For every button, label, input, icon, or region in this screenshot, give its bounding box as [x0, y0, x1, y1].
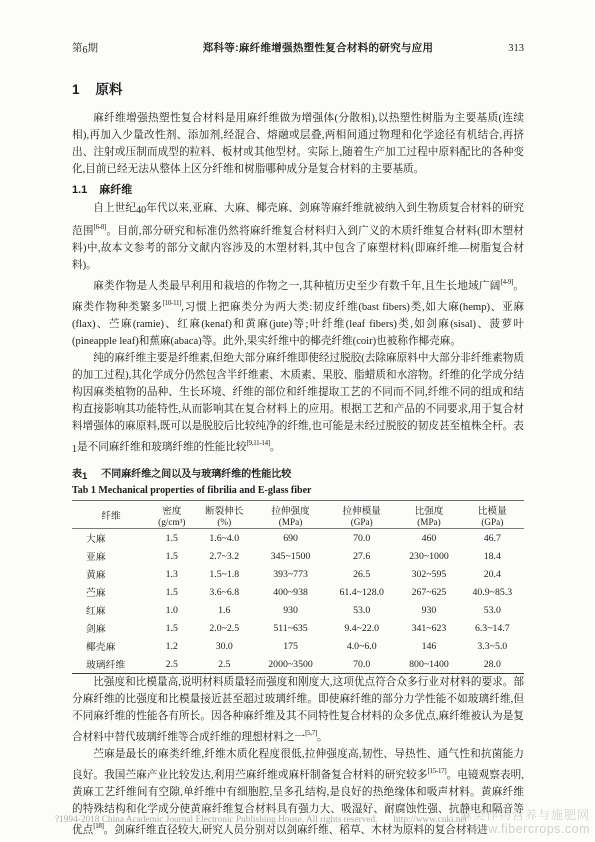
header-label: 比强度	[397, 503, 460, 517]
header-fiber-label: 纤维	[72, 508, 150, 522]
value-cell: 70.0	[326, 529, 397, 548]
fiber-name-cell: 苎麻	[72, 583, 150, 601]
header-label: 比模量	[461, 503, 524, 517]
cnki-url: http://www.cnki.net	[394, 815, 468, 825]
header-cell-tensile-modulus: 拉伸模量 (GPa)	[326, 501, 397, 529]
value-cell: 1.2	[150, 637, 194, 655]
value-cell: 9.4~22.0	[326, 619, 397, 637]
watermark-site-name: 麻类作物营养与施肥网	[460, 809, 590, 823]
citation-superscript: [4-9]	[501, 278, 514, 286]
value-cell: 460	[397, 529, 460, 548]
value-cell: 230~1000	[397, 547, 460, 565]
subsection-number: 1.1	[72, 184, 87, 196]
table-caption-zh: 表1不同麻纤维之间以及与玻璃纤维的性能比较	[72, 465, 524, 482]
value-cell: 2.7~3.2	[194, 547, 255, 565]
header-label: 密度	[150, 503, 194, 517]
value-cell: 1.5~1.8	[194, 565, 255, 583]
header-unit: (MPa)	[397, 517, 460, 527]
value-cell: 1.5	[150, 529, 194, 548]
value-cell: 3.6~6.8	[194, 583, 255, 601]
value-cell: 40.9~85.3	[461, 583, 524, 601]
header-cell-elongation: 断裂伸长 (%)	[194, 501, 255, 529]
table-row: 大麻1.51.6~4.069070.046046.7	[72, 529, 524, 548]
section-heading-1-1: 1.1麻纤维	[72, 181, 524, 197]
value-cell: 53.0	[461, 601, 524, 619]
citation-superscript: [15-17]	[428, 767, 447, 775]
fiber-name-cell: 椰壳麻	[72, 637, 150, 655]
section-heading-1: 1原料	[72, 78, 524, 98]
header-cell-tensile-strength: 拉伸强度 (MPa)	[255, 501, 326, 529]
header-cell-density: 密度 (g/cm³)	[150, 501, 194, 529]
value-cell: 930	[397, 601, 460, 619]
value-cell: 3.3~5.0	[461, 637, 524, 655]
paragraph-fiber-types: 麻类作物是人类最早利用和栽培的作物之一,其种植历史至少有数千年,且生长地域广阔[…	[72, 274, 524, 350]
header-unit: (GPa)	[326, 517, 397, 527]
header-label: 拉伸强度	[255, 503, 326, 517]
fiber-properties-table: 纤维 密度 (g/cm³) 断裂伸长 (%) 拉伸强度 (MPa) 拉伸模量	[72, 500, 524, 674]
value-cell: 511~635	[255, 619, 326, 637]
value-cell: 4.0~6.0	[326, 637, 397, 655]
value-cell: 6.3~14.7	[461, 619, 524, 637]
value-cell: 18.4	[461, 547, 524, 565]
value-cell: 27.6	[326, 547, 397, 565]
fiber-name-cell: 大麻	[72, 529, 150, 548]
subsection-title: 麻纤维	[99, 184, 132, 196]
header-cell-specific-modulus: 比模量 (GPa)	[461, 501, 524, 529]
table-caption-zh-text: 不同麻纤维之间以及与玻璃纤维的性能比较	[101, 469, 291, 480]
paragraph-comparison: 比强度和比模量高,说明材料质量轻而强度和刚度大,这项优点符合众多行业对材料的要求…	[72, 674, 524, 746]
value-cell: 341~623	[397, 619, 460, 637]
value-cell: 20.4	[461, 565, 524, 583]
value-cell: 2.5	[194, 655, 255, 674]
header-unit: (GPa)	[461, 517, 524, 527]
value-cell: 2.5	[150, 655, 194, 674]
site-watermark: 麻类作物营养与施肥网 www.fibercrops.com	[460, 809, 590, 836]
header-label: 拉伸模量	[326, 503, 397, 517]
value-cell: 393~773	[255, 565, 326, 583]
value-cell: 1.5	[150, 547, 194, 565]
table-row: 黄麻1.31.5~1.8393~77326.5302~59520.4	[72, 565, 524, 583]
value-cell: 1.6~4.0	[194, 529, 255, 548]
value-cell: 53.0	[326, 601, 397, 619]
value-cell: 345~1500	[255, 547, 326, 565]
value-cell: 800~1400	[397, 655, 460, 674]
section-number: 1	[72, 82, 80, 97]
issue-number: 第6期	[72, 40, 164, 56]
value-cell: 1.5	[150, 583, 194, 601]
running-header: 第6期 郑科等:麻纤维增强热塑性复合材料的研究与应用 313	[72, 40, 524, 56]
copyright-footer: ?1994-2018 China Academic Journal Electr…	[55, 815, 467, 825]
lowered-digit: 40	[136, 205, 146, 216]
value-cell: 26.5	[326, 565, 397, 583]
fiber-name-cell: 亚麻	[72, 547, 150, 565]
watermark-site-url: www.fibercrops.com	[460, 823, 590, 837]
copyright-text: ?1994-2018 China Academic Journal Electr…	[55, 815, 378, 825]
value-cell: 28.0	[461, 655, 524, 674]
table-header: 纤维 密度 (g/cm³) 断裂伸长 (%) 拉伸强度 (MPa) 拉伸模量	[72, 501, 524, 529]
citation-superscript: [9,11-14]	[247, 439, 270, 447]
value-cell: 400~938	[255, 583, 326, 601]
value-cell: 30.0	[194, 637, 255, 655]
citation-superscript: [10-11]	[163, 299, 182, 307]
fiber-name-cell: 黄麻	[72, 565, 150, 583]
fiber-name-cell: 红麻	[72, 601, 150, 619]
page-content: 第6期 郑科等:麻纤维增强热塑性复合材料的研究与应用 313 1原料 麻纤维增强…	[72, 40, 524, 839]
header-unit: (MPa)	[255, 517, 326, 527]
value-cell: 1.3	[150, 565, 194, 583]
running-title: 郑科等:麻纤维增强热塑性复合材料的研究与应用	[164, 40, 472, 55]
table-body: 大麻1.51.6~4.069070.046046.7亚麻1.52.7~3.234…	[72, 529, 524, 674]
section-title: 原料	[96, 82, 123, 97]
value-cell: 1.5	[150, 619, 194, 637]
paragraph-history: 自上世纪40年代以来,亚麻、大麻、椰壳麻、剑麻等麻纤维就被纳入到生物质复合材料的…	[72, 200, 524, 274]
table-row: 苎麻1.53.6~6.8400~93861.4~128.0267~62540.9…	[72, 583, 524, 601]
value-cell: 70.0	[326, 655, 397, 674]
value-cell: 2.0~2.5	[194, 619, 255, 637]
citation-superscript: [5,7]	[305, 729, 317, 737]
value-cell: 690	[255, 529, 326, 548]
header-unit: (%)	[194, 517, 255, 527]
value-cell: 175	[255, 637, 326, 655]
table-row: 椰壳麻1.230.01754.0~6.01463.3~5.0	[72, 637, 524, 655]
value-cell: 930	[255, 601, 326, 619]
value-cell: 302~595	[397, 565, 460, 583]
table-row: 玻璃纤维2.52.52000~350070.0800~140028.0	[72, 655, 524, 674]
citation-superscript: [6-8]	[94, 223, 107, 231]
lowered-digit: 6	[83, 45, 88, 56]
header-cell-fiber: 纤维	[72, 501, 150, 529]
value-cell: 146	[397, 637, 460, 655]
page-number: 313	[472, 43, 524, 54]
paragraph-fiber-composition: 纯的麻纤维主要是纤维素,但绝大部分麻纤维即使经过脱胶(去除麻原料中大部分非纤维素…	[72, 350, 524, 458]
table-row: 亚麻1.52.7~3.2345~150027.6230~100018.4	[72, 547, 524, 565]
header-cell-specific-strength: 比强度 (MPa)	[397, 501, 460, 529]
fiber-name-cell: 剑麻	[72, 619, 150, 637]
lowered-digit: 1	[82, 471, 87, 482]
scanned-paper-page: 第6期 郑科等:麻纤维增强热塑性复合材料的研究与应用 313 1原料 麻纤维增强…	[0, 0, 595, 842]
paragraph-intro: 麻纤维增强热塑性复合材料是用麻纤维做为增强体(分散相),以热塑性树脂为主要基质(…	[72, 110, 524, 178]
value-cell: 2000~3500	[255, 655, 326, 674]
value-cell: 1.6	[194, 601, 255, 619]
fiber-name-cell: 玻璃纤维	[72, 655, 150, 674]
lowered-digit: 1	[72, 444, 77, 455]
table-row: 剑麻1.52.0~2.5511~6359.4~22.0341~6236.3~14…	[72, 619, 524, 637]
paragraph-ramie-jute-sisal: 苎麻是最长的麻类纤维,纤维木质化程度很低,拉伸强度高,韧性、导热性、通气性和抗菌…	[72, 746, 524, 839]
table-caption-en: Tab 1 Mechanical properties of fibrilia …	[72, 485, 524, 496]
value-cell: 61.4~128.0	[326, 583, 397, 601]
table-row: 红麻1.01.693053.093053.0	[72, 601, 524, 619]
value-cell: 46.7	[461, 529, 524, 548]
table-caption-zh-label: 表1	[72, 469, 87, 480]
table-header-row: 纤维 密度 (g/cm³) 断裂伸长 (%) 拉伸强度 (MPa) 拉伸模量	[72, 501, 524, 529]
header-label: 断裂伸长	[194, 503, 255, 517]
value-cell: 1.0	[150, 601, 194, 619]
value-cell: 267~625	[397, 583, 460, 601]
header-unit: (g/cm³)	[150, 517, 194, 527]
